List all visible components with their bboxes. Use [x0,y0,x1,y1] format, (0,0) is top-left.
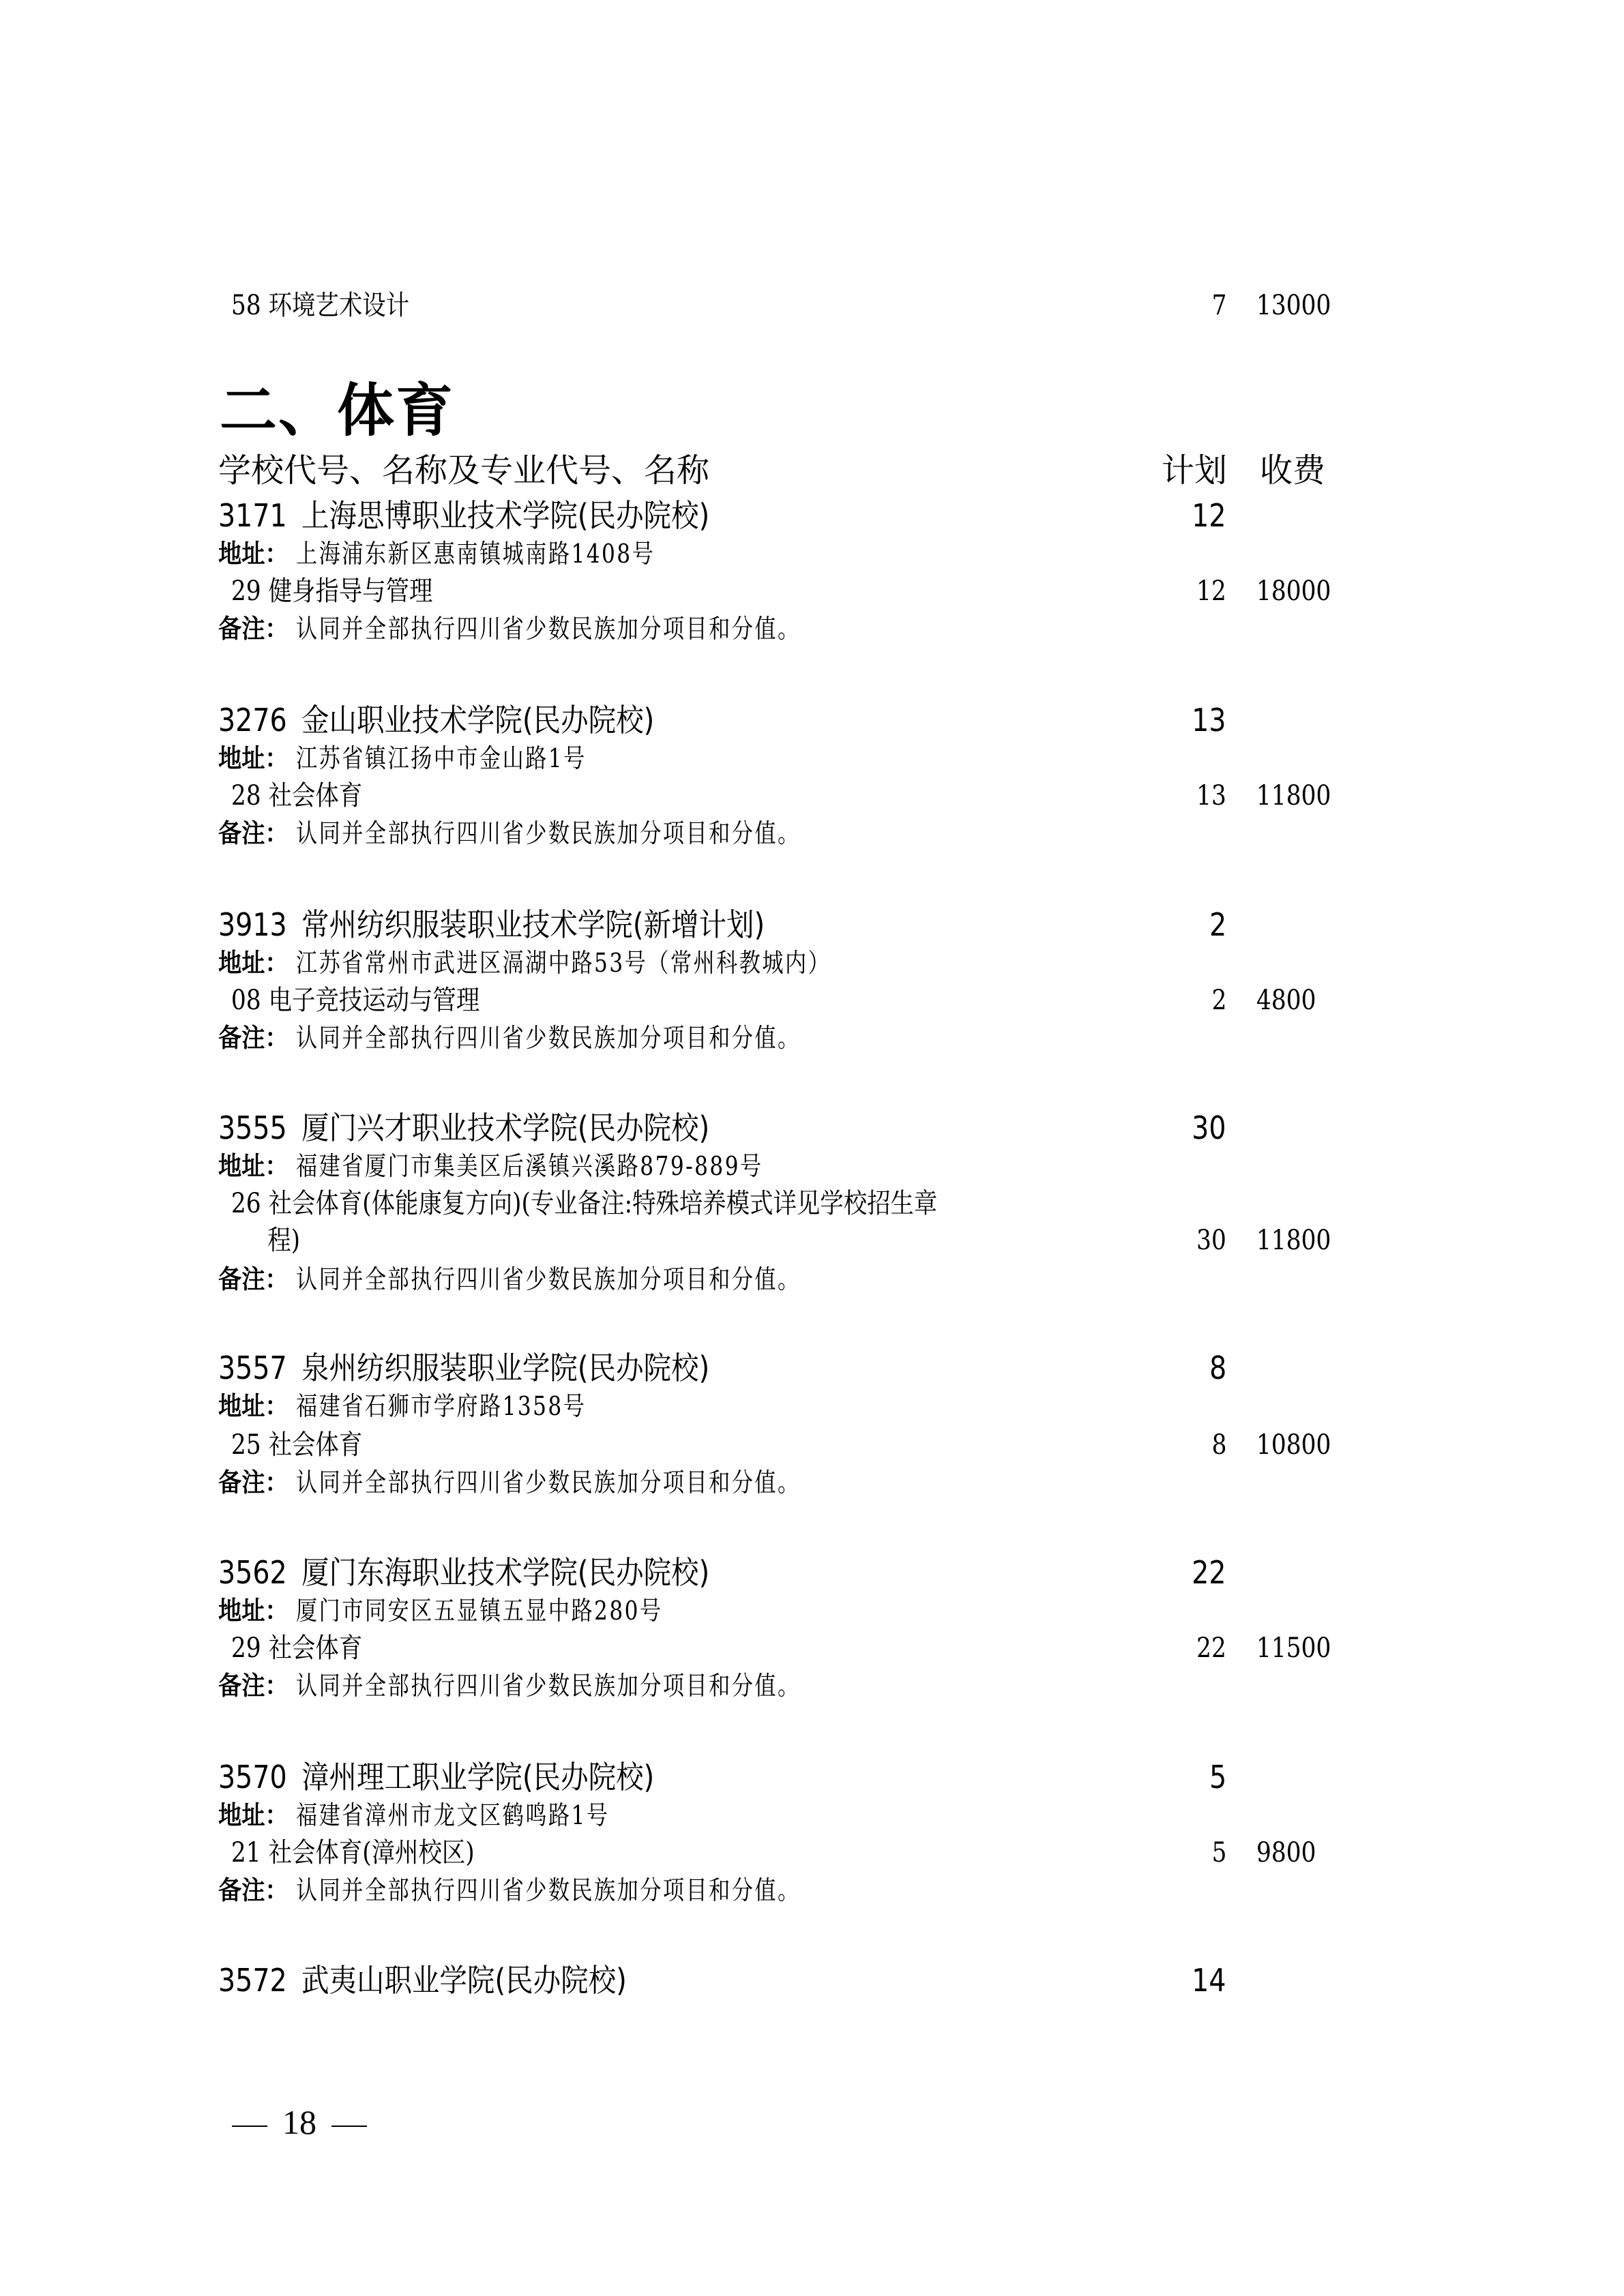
header-fee: 收费 [1260,450,1325,491]
address-label: 地址： [218,1799,289,1832]
major-row: 29 健身指导与管理 [218,574,1180,608]
major-row: 29 社会体育 [218,1631,1180,1665]
major-row: 25 社会体育 [218,1428,1180,1462]
major-fee: 10800 [1256,1428,1331,1462]
major-fee: 9800 [1256,1836,1316,1870]
school-name: 厦门东海职业技术学院(民办院校) [301,1553,709,1592]
school-name: 金山职业技术学院(民办院校) [301,701,654,739]
page-footer: 18 [217,2102,382,2143]
school-plan: 13 [1192,701,1226,739]
school-address: 地址：福建省厦门市集美区后溪镇兴溪路879-889号 [218,1150,1337,1182]
school-plan: 22 [1192,1553,1226,1592]
major-plan: 7 [1211,288,1226,323]
address-text: 福建省漳州市龙文区鹤鸣路1号 [296,1799,609,1832]
address-label: 地址： [218,1390,289,1422]
major-name: 健身指导与管理 [269,576,433,607]
section-title: 二、体育 [220,376,454,445]
major-row: 28 社会体育 [218,779,1180,813]
major-fee: 11800 [1256,779,1331,813]
school-plan: 2 [1209,906,1226,944]
note-text: 认同并全部执行四川省少数民族加分项目和分值。 [296,1022,801,1054]
major-plan: 30 [1196,1223,1226,1257]
address-text: 江苏省镇江扬中市金山路1号 [296,742,587,775]
school-name: 武夷山职业学院(民办院校) [301,1961,627,1999]
major-name: 社会体育(体能康复方向)(专业备注:特殊培养模式详见学校招生章 [269,1188,938,1219]
major-name: 社会体育 [269,1632,363,1664]
major-row: 21 社会体育(漳州校区) [218,1836,1180,1870]
major-plan: 8 [1211,1428,1226,1462]
school-code: 3171 [218,496,277,535]
note-label: 备注： [218,612,289,645]
major-fee: 11500 [1256,1631,1331,1665]
page-number: 18 [282,2102,316,2143]
dash-right [331,2126,367,2127]
major-plan: 22 [1196,1631,1226,1665]
note-label: 备注： [218,1263,289,1296]
note-text: 认同并全部执行四川省少数民族加分项目和分值。 [296,1874,801,1907]
school-name: 常州纺织服装职业技术学院(新增计划) [301,906,765,944]
header-name: 学校代号、名称及专业代号、名称 [218,451,709,490]
address-label: 地址： [218,946,289,979]
note-label: 备注： [218,1022,289,1054]
school-code: 3913 [218,906,277,944]
school-note: 备注：认同并全部执行四川省少数民族加分项目和分值。 [218,1669,1337,1702]
document-page: 58 环境艺术设计 7 13000 二、体育 学校代号、名称及专业代号、名称 计… [0,0,1624,2296]
school-heading: 3171上海思博职业技术学院(民办院校) 12 [218,496,1337,535]
school-name: 上海思博职业技术学院(民办院校) [301,496,709,535]
school-name: 漳州理工职业学院(民办院校) [301,1758,654,1796]
address-text: 福建省厦门市集美区后溪镇兴溪路879-889号 [296,1150,763,1182]
major-plan: 12 [1196,574,1226,608]
school-heading: 3570漳州理工职业学院(民办院校) 5 [218,1758,1337,1796]
school-address: 地址：厦门市同安区五显镇五显中路280号 [218,1594,1337,1627]
major-fee: 11800 [1256,1223,1331,1257]
address-label: 地址： [218,537,289,570]
school-code: 3555 [218,1109,277,1147]
dash-left [232,2126,267,2127]
school-heading: 3557泉州纺织服装职业学院(民办院校) 8 [218,1349,1337,1387]
school-code: 3562 [218,1553,277,1592]
school-address: 地址：江苏省镇江扬中市金山路1号 [218,742,1337,775]
column-headers: 学校代号、名称及专业代号、名称 计划 收费 [218,450,1337,491]
school-plan: 12 [1192,496,1226,535]
school-code: 3276 [218,701,277,739]
note-label: 备注： [218,817,289,850]
school-address: 地址：福建省石狮市学府路1358号 [218,1390,1337,1422]
school-note: 备注：认同并全部执行四川省少数民族加分项目和分值。 [218,1022,1337,1054]
note-text: 认同并全部执行四川省少数民族加分项目和分值。 [296,612,801,645]
major-code: 29 [231,1631,261,1665]
major-row: 26 社会体育(体能康复方向)(专业备注:特殊培养模式详见学校招生章 [218,1187,1180,1221]
major-code: 29 [231,574,261,608]
note-text: 认同并全部执行四川省少数民族加分项目和分值。 [296,1263,801,1296]
note-text: 认同并全部执行四川省少数民族加分项目和分值。 [296,1466,801,1499]
major-fee: 13000 [1256,288,1331,323]
note-label: 备注： [218,1466,289,1499]
school-heading: 3572武夷山职业学院(民办院校) 14 [218,1961,1337,1999]
school-note: 备注：认同并全部执行四川省少数民族加分项目和分值。 [218,1263,1337,1296]
note-label: 备注： [218,1669,289,1702]
major-name: 环境艺术设计 [269,290,409,321]
major-name: 电子竞技运动与管理 [269,985,480,1016]
address-label: 地址： [218,1594,289,1627]
school-heading: 3555厦门兴才职业技术学院(民办院校) 30 [218,1109,1337,1147]
address-text: 上海浦东新区惠南镇城南路1408号 [296,537,655,570]
school-code: 3570 [218,1758,277,1796]
school-note: 备注：认同并全部执行四川省少数民族加分项目和分值。 [218,612,1337,645]
school-address: 地址：福建省漳州市龙文区鹤鸣路1号 [218,1799,1337,1832]
note-label: 备注： [218,1874,289,1907]
major-plan: 13 [1196,779,1226,813]
major-row: 58 环境艺术设计 [218,288,1180,323]
school-name: 厦门兴才职业技术学院(民办院校) [301,1109,709,1147]
major-plan: 2 [1211,983,1226,1017]
major-code: 21 [231,1836,261,1870]
major-fee: 4800 [1256,983,1316,1017]
major-name-line2: 程) [267,1225,300,1256]
school-heading: 3276金山职业技术学院(民办院校) 13 [218,701,1337,739]
school-address: 地址：江苏省常州市武进区滆湖中路53号（常州科教城内） [218,946,1337,979]
major-plan: 5 [1211,1836,1226,1870]
major-row-continuation: 程) [218,1223,1180,1257]
major-code: 26 [231,1187,261,1221]
school-heading: 3913常州纺织服装职业技术学院(新增计划) 2 [218,906,1337,944]
school-plan: 14 [1192,1961,1226,1999]
major-name: 社会体育 [269,780,363,811]
school-note: 备注：认同并全部执行四川省少数民族加分项目和分值。 [218,1874,1337,1907]
school-plan: 30 [1192,1109,1226,1147]
note-text: 认同并全部执行四川省少数民族加分项目和分值。 [296,1669,801,1702]
school-note: 备注：认同并全部执行四川省少数民族加分项目和分值。 [218,1466,1337,1499]
major-name: 社会体育 [269,1429,363,1461]
school-code: 3572 [218,1961,277,1999]
school-note: 备注：认同并全部执行四川省少数民族加分项目和分值。 [218,817,1337,850]
address-text: 福建省石狮市学府路1358号 [296,1390,586,1422]
major-code: 25 [231,1428,261,1462]
address-text: 江苏省常州市武进区滆湖中路53号（常州科教城内） [296,946,831,979]
school-code: 3557 [218,1349,277,1387]
major-fee: 18000 [1256,574,1331,608]
major-code: 08 [231,983,261,1017]
school-address: 地址：上海浦东新区惠南镇城南路1408号 [218,537,1337,570]
address-label: 地址： [218,1150,289,1182]
school-name: 泉州纺织服装职业学院(民办院校) [301,1349,709,1387]
major-name: 社会体育(漳州校区) [269,1837,475,1868]
major-code: 58 [231,288,261,323]
major-code: 28 [231,779,261,813]
header-plan: 计划 [1162,450,1227,491]
school-plan: 8 [1209,1349,1226,1387]
major-row: 08 电子竞技运动与管理 [218,983,1180,1017]
address-label: 地址： [218,742,289,775]
school-plan: 5 [1209,1758,1226,1796]
school-heading: 3562厦门东海职业技术学院(民办院校) 22 [218,1553,1337,1592]
note-text: 认同并全部执行四川省少数民族加分项目和分值。 [296,817,801,850]
address-text: 厦门市同安区五显镇五显中路280号 [296,1594,663,1627]
